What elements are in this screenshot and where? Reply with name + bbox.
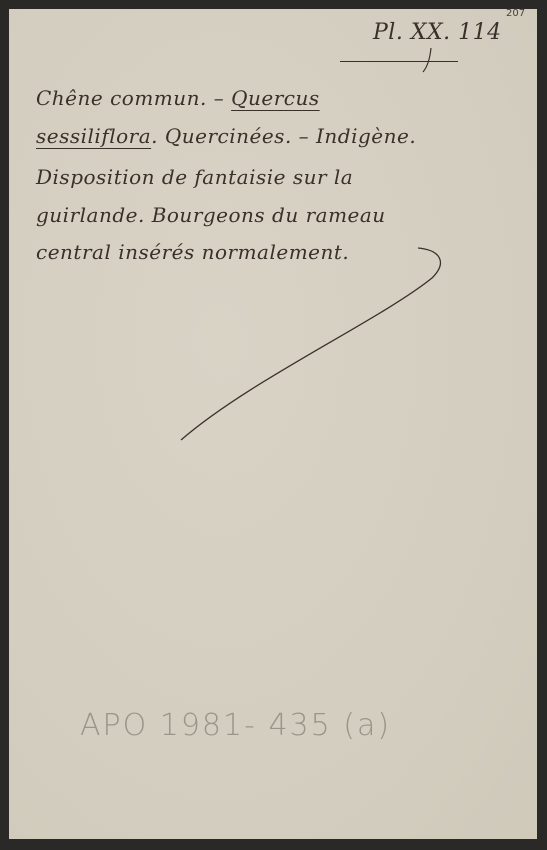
reference-underline: [340, 61, 458, 62]
pencil-inventory-number: APO 1981- 435 (a): [80, 708, 391, 743]
text-guirlande: guirlande. Bourgeons du rameau: [36, 203, 386, 227]
plate-reference: Pl. XX. 114: [373, 20, 502, 45]
handwritten-line-2: sessiliflora. Quercinées. – Indigène.: [36, 124, 416, 148]
text-disposition: Disposition de fantaisie sur la: [36, 165, 353, 189]
handwritten-line-5: central insérés normalement.: [36, 240, 349, 264]
text-species: sessiliflora: [36, 124, 151, 148]
handwritten-line-4: guirlande. Bourgeons du rameau: [36, 203, 386, 227]
handwritten-line-3: Disposition de fantaisie sur la: [36, 165, 353, 189]
text-family-origin: . Quercinées. – Indigène.: [151, 124, 416, 148]
page-number-annotation: 207: [506, 8, 525, 19]
text-central: central insérés normalement.: [36, 240, 349, 264]
text-genus: Quercus: [231, 86, 320, 110]
text-common-name: Chêne commun. –: [36, 86, 231, 110]
handwritten-line-1: Chêne commun. – Quercus: [36, 86, 320, 110]
